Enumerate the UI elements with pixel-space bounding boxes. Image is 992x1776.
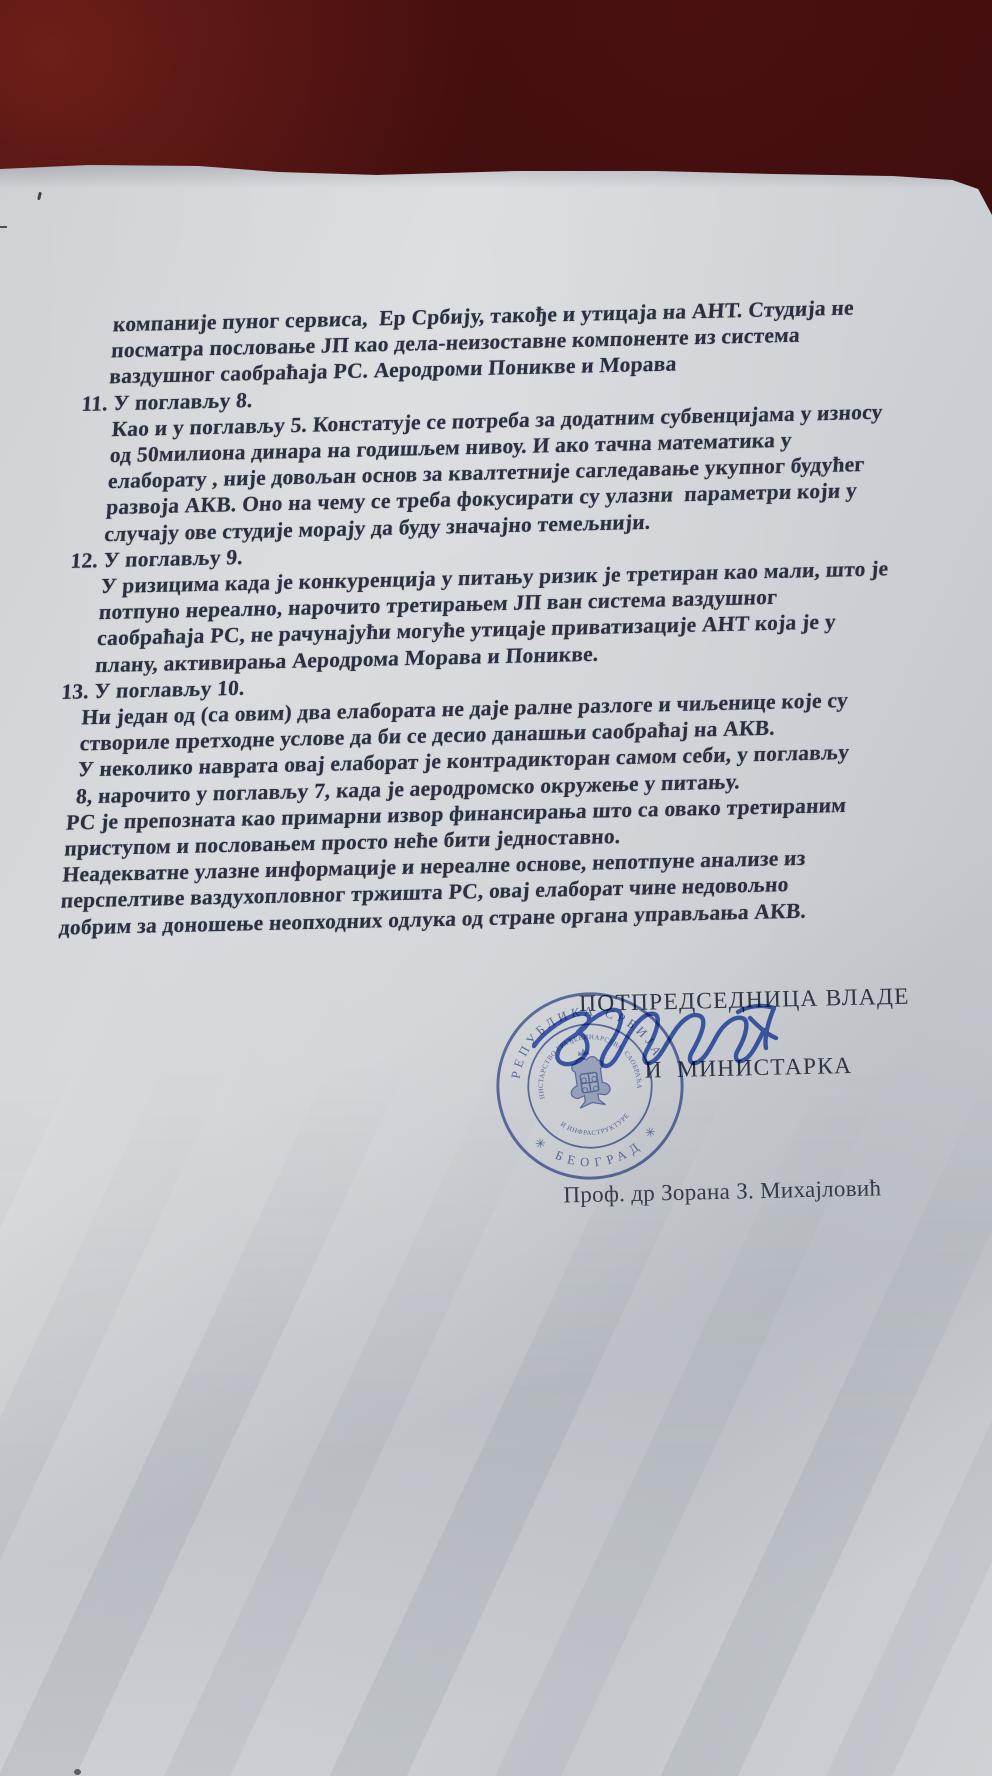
handwritten-signature [528, 982, 784, 1094]
stamp-inner-ring-bottom-text: И ИНФРАСТРУКТУРЕ [558, 1111, 633, 1141]
paper-speck [0, 226, 7, 228]
photo-scene: компаније пуног сервиса, Ер Србију, тако… [0, 0, 992, 1776]
document-body: компаније пуног сервиса, Ер Србију, тако… [40, 293, 925, 941]
svg-text:И ИНФРАСТРУКТУРЕ: И ИНФРАСТРУКТУРЕ [558, 1111, 633, 1141]
paper-speck [74, 1769, 81, 1775]
